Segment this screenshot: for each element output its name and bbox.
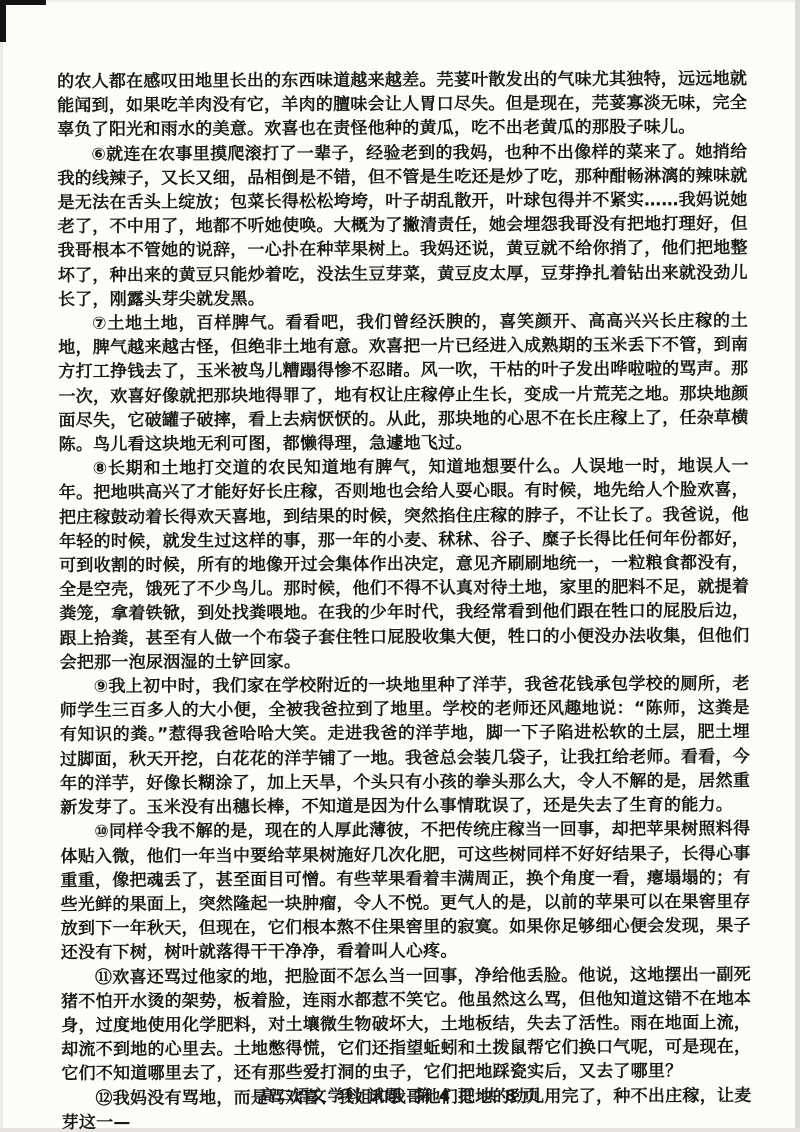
passage-paragraph-6: ⑥就连在农事里摸爬滚打了一辈子，经验老到的我妈，也种不出像样的菜来了。她捎给我的…	[57, 140, 748, 312]
scan-edge-right	[795, 0, 800, 1132]
scan-artifact-corner-horizontal	[0, 0, 46, 5]
reading-passage: 的农人都在感叹田地里长出的东西味道越来越差。芫荽叶散发出的气味尤其独特，远远地就…	[57, 67, 752, 1132]
scan-artifact-corner-vertical	[0, 0, 6, 42]
passage-paragraph-continuation: 的农人都在感叹田地里长出的东西味道越来越差。芫荽叶散发出的气味尤其独特，远远地就…	[57, 67, 747, 143]
passage-paragraph-10: ⑩同样令我不解的是，现在的人厚此薄彼，不把传统庄稼当一回事，却把苹果树照料得体贴…	[60, 817, 751, 965]
scan-edge-top	[0, 0, 800, 2]
passage-paragraph-9: ⑨我上初中时，我们家在学校附近的一块地里种了洋芋，我爸花钱承包学校的厕所，老师学…	[60, 672, 751, 820]
scan-edge-left	[0, 0, 3, 1132]
page-footer: 高二语文学科 试题 第 4 页 共 8 页	[0, 1083, 800, 1106]
passage-paragraph-7: ⑦土地土地，百样脾气。看看吧，我们曾经沃腴的，喜笑颜开、高高兴兴长庄稼的土地，脾…	[58, 309, 749, 457]
passage-paragraph-11: ⑪欢喜还骂过他家的地，把脸面不怎么当一回事，净给他丢脸。他说，这地摆出一副死猪不…	[61, 962, 752, 1086]
passage-paragraph-8: ⑧长期和土地打交道的农民知道地有脾气，知道地想要什么。人误地一时，地误人一年。把…	[59, 454, 750, 675]
exam-scan-page: 的农人都在感叹田地里长出的东西味道越来越差。芫荽叶散发出的气味尤其独特，远远地就…	[0, 0, 800, 1132]
